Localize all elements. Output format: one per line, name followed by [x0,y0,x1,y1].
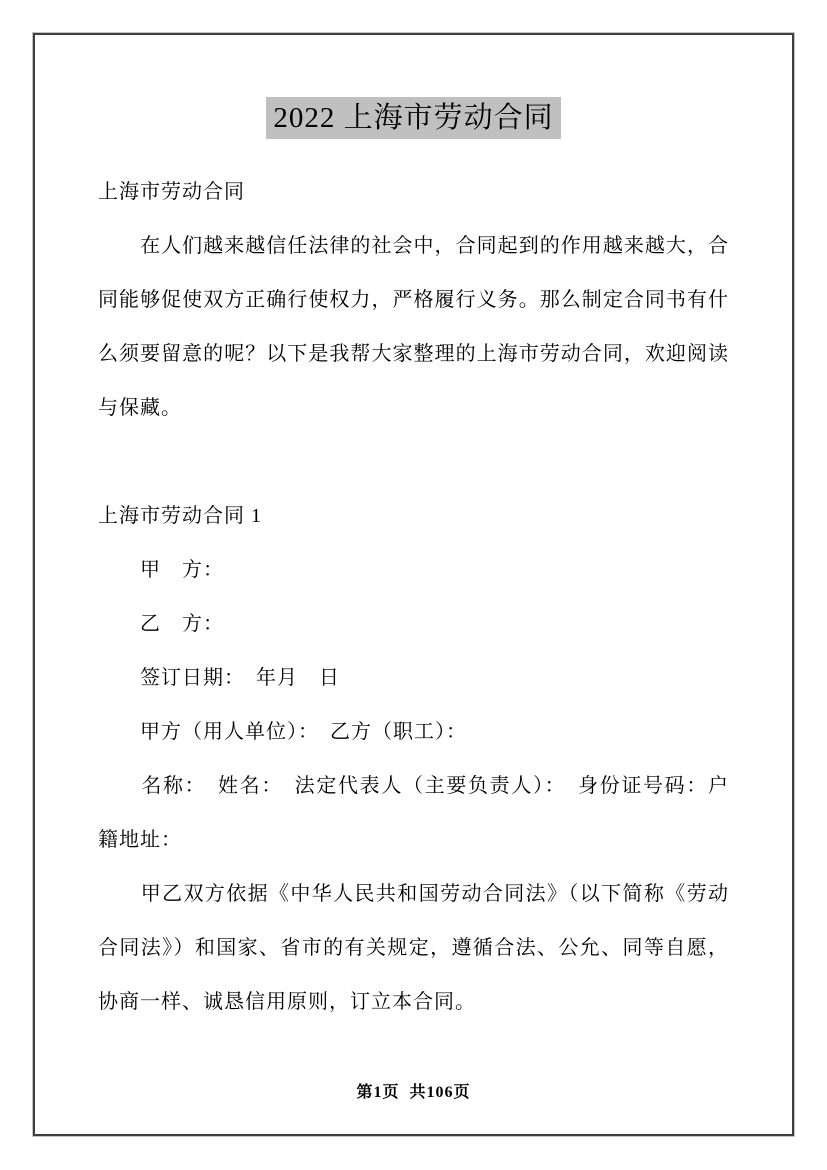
blank-line [98,435,729,489]
paragraph: 在人们越来越信任法律的社会中，合同起到的作用越来越大，合同能够促使双方正确行使权… [98,219,729,435]
document-body: 上海市劳动合同 在人们越来越信任法律的社会中，合同起到的作用越来越大，合同能够促… [98,165,729,1029]
paragraph: 甲方（用人单位）： 乙方（职工）： [98,705,729,759]
document-content: 2022 上海市劳动合同 上海市劳动合同 在人们越来越信任法律的社会中，合同起到… [98,97,729,1029]
paragraph: 甲乙双方依据《中华人民共和国劳动合同法》（以下简称《劳动合同法》）和国家、省市的… [98,867,729,1029]
paragraph: 乙 方： [98,597,729,651]
paragraph: 上海市劳动合同 1 [98,489,729,543]
paragraph: 名称： 姓名： 法定代表人（主要负责人）： 身份证号码：户籍地址： [98,759,729,867]
page-footer: 第1页 共106页 [35,1079,792,1102]
title-row: 2022 上海市劳动合同 [98,97,729,139]
paragraph: 甲 方： [98,543,729,597]
document-title: 2022 上海市劳动合同 [266,97,560,139]
paragraph: 上海市劳动合同 [98,165,729,219]
paragraph: 签订日期： 年月 日 [98,651,729,705]
document-page: 2022 上海市劳动合同 上海市劳动合同 在人们越来越信任法律的社会中，合同起到… [33,33,794,1136]
